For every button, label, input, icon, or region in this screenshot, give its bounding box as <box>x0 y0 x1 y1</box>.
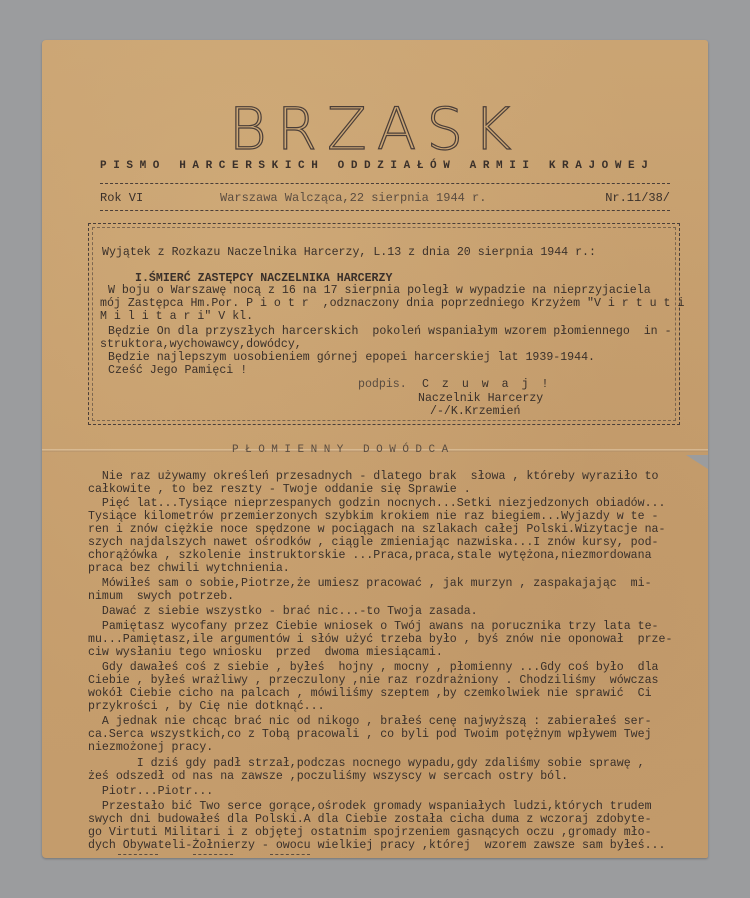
article-line: dych Obywateli-Żołnierzy - owocu wielkie… <box>88 839 665 852</box>
article-line: Przestało bić Two serce gorące,ośrodek g… <box>88 800 652 813</box>
signature-podpis: podpis. <box>358 378 407 391</box>
masthead-title: BRZASK <box>0 95 750 163</box>
order-line: Będzie On dla przyszłych harcerskich pok… <box>108 325 672 338</box>
article-line: nimum swych potrzeb. <box>88 590 234 603</box>
masthead-subtitle: PISMO HARCERSKICH ODDZIAŁÓW ARMII KRAJOW… <box>100 160 670 172</box>
order-line: mój Zastępca Hm.Por. P i o t r ,odznaczo… <box>100 297 684 310</box>
article-line: całkowite , to bez reszty - Twoje oddani… <box>88 483 471 496</box>
article-line: Nie raz używamy określeń przesadnych - d… <box>88 470 659 483</box>
order-intro: Wyjątek z Rozkazu Naczelnika Harcerzy, L… <box>102 246 596 259</box>
paper-tear <box>686 455 708 469</box>
article-line: przykrości , by Cię nie dotknąć... <box>88 700 325 713</box>
article-line: Gdy dawałeś coś z siebie , byłeś hojny ,… <box>88 661 659 674</box>
footer-dash <box>118 854 158 855</box>
article-line: ciw wysłaniu tego wniosku przed dwoma mi… <box>88 646 443 659</box>
article-line: Piotr...Piotr... <box>88 785 213 798</box>
article-line: Pamiętasz wycofany przez Ciebie wniosek … <box>88 620 659 633</box>
article-line: ren i znów ciężkie noce spędzone w pocią… <box>88 523 665 536</box>
article-line: żeś odszedł od nas na zawsze ,poczuliśmy… <box>88 770 568 783</box>
article-line: chorążówka , szkolenie instruktorskie ..… <box>88 549 652 562</box>
article-line: swych dni budowałeś dla Polski.A dla Cie… <box>88 813 652 826</box>
article-line: A jednak nie chcąc brać nic od nikogo , … <box>88 715 652 728</box>
order-line: M i l i t a r i" V kl. <box>100 310 253 323</box>
article-line: wokół Ciebie cicho na palcach , mówiliśm… <box>88 687 652 700</box>
article-line: Mówiłeś sam o sobie,Piotrze,że umiesz pr… <box>88 577 652 590</box>
article-title: PŁOMIENNY DOWÓDCA <box>232 444 455 456</box>
article-line: Dawać z siebie wszystko - brać nic...-to… <box>88 605 478 618</box>
article-line: szych najdalszych nawet ośrodków , ciągl… <box>88 536 659 549</box>
place-date: Warszawa Walcząca,22 sierpnia 1944 r. <box>220 191 486 205</box>
article-line: go Virtuti Militari i z objętej ostatnim… <box>88 826 652 839</box>
issue-number: Nr.11/38/ <box>605 191 670 205</box>
signature-name: /-/K.Krzemień <box>430 405 520 418</box>
order-line: Będzie najlepszym uosobieniem górnej epo… <box>108 351 595 364</box>
order-line: Cześć Jego Pamięci ! <box>108 364 247 377</box>
article-line: Pięć lat...Tysiące nieprzespanych godzin… <box>88 497 665 510</box>
article-line: praca bez chwili wytchnienia. <box>88 562 290 575</box>
article-line: mu...Pamiętasz,ile argumentów i słów uży… <box>88 633 672 646</box>
order-line: struktora,wychowawcy,dowódcy, <box>100 338 302 351</box>
article-line: Ciebie , byłeś wrażliwy , przeczulony ,n… <box>88 674 659 687</box>
order-line: W boju o Warszawę nocą z 16 na 17 sierpn… <box>108 284 651 297</box>
divider-bottom <box>100 210 670 211</box>
article-line: ca.Serca wszystkich,co z Tobą pracowali … <box>88 728 652 741</box>
divider-top <box>100 183 670 184</box>
article-line: niezmożonej pracy. <box>88 741 213 754</box>
footer-dash <box>270 854 310 855</box>
signature-title: Naczelnik Harcerzy <box>418 392 543 405</box>
year-label: Rok VI <box>100 191 143 205</box>
article-line: Tysiące kilometrów przemierzonych szybki… <box>88 510 659 523</box>
signature-greeting: C z u w a j ! <box>422 378 551 391</box>
issue-info-line: Rok VI Warszawa Walcząca,22 sierpnia 194… <box>100 191 670 207</box>
footer-dash <box>193 854 233 855</box>
article-line: I dziś gdy padł strzał,podczas nocnego w… <box>88 757 645 770</box>
